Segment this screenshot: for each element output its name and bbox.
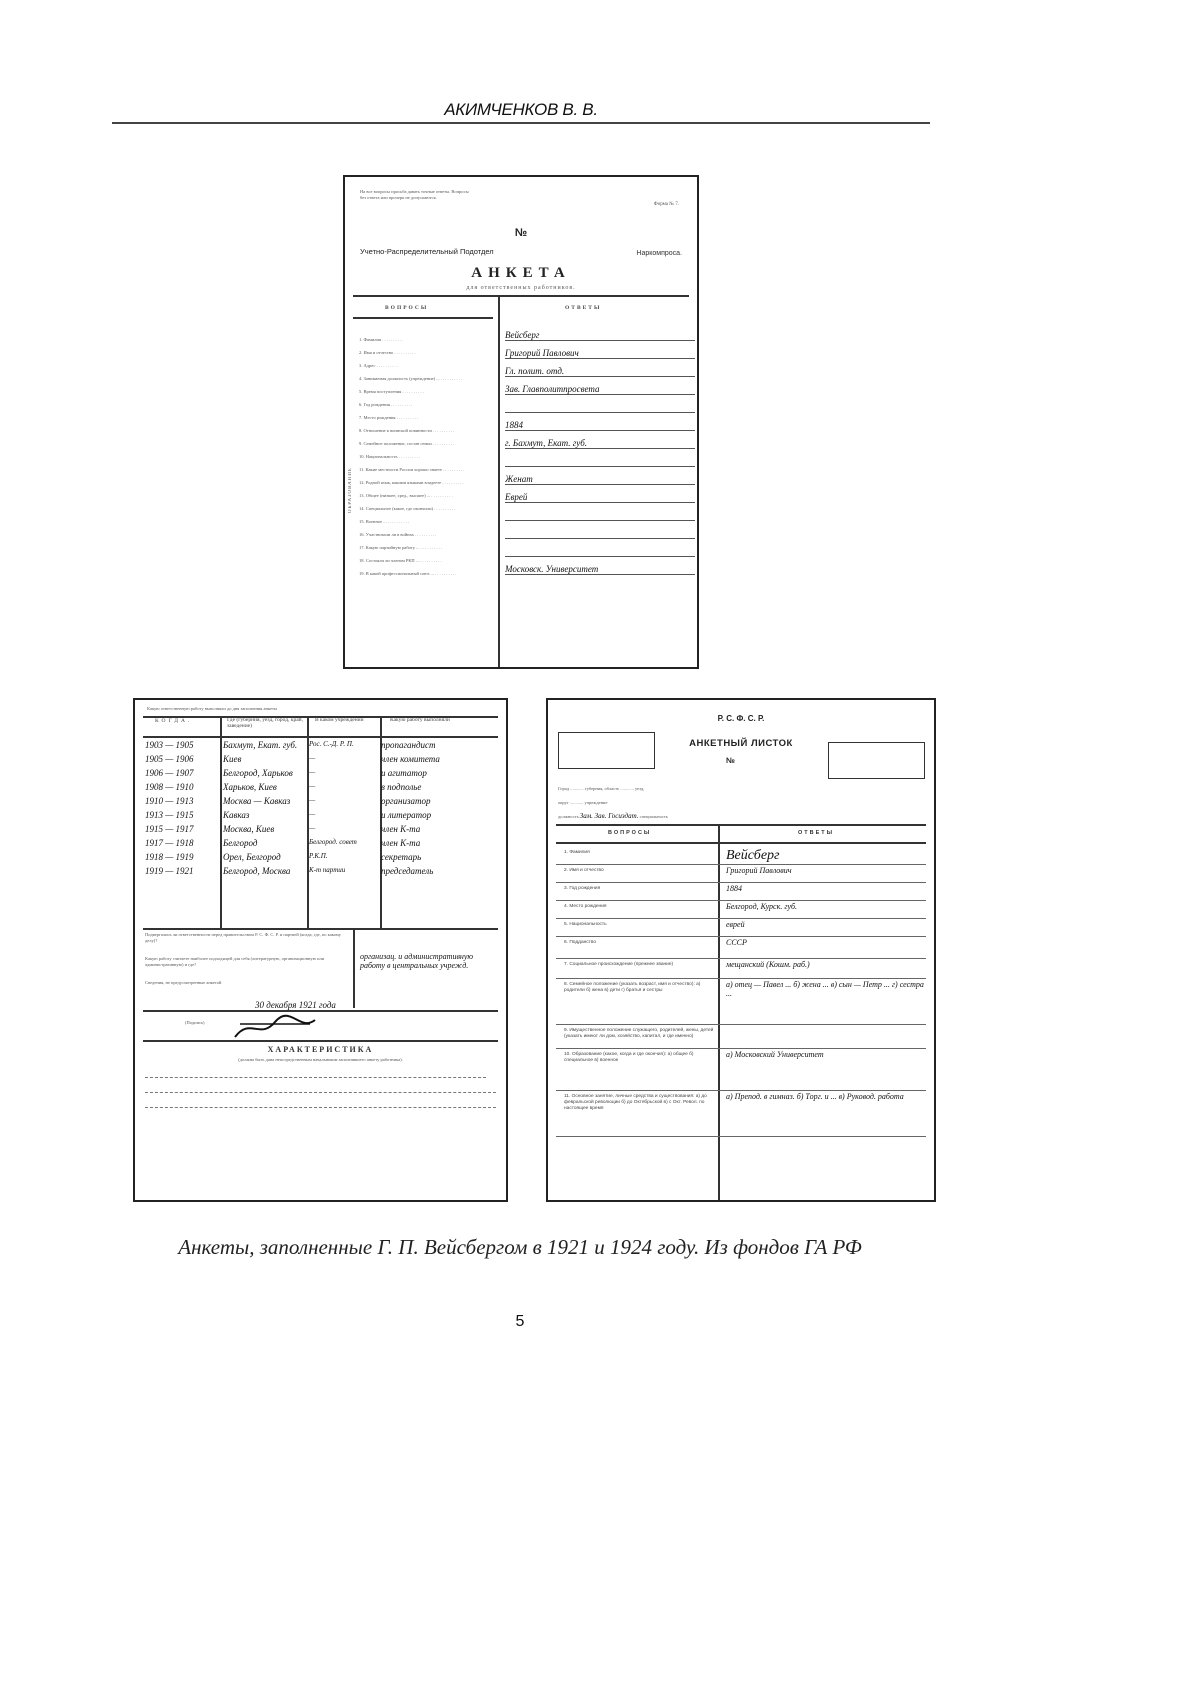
cell-work: и литератор	[381, 810, 501, 824]
cell-when: 1919 — 1921	[145, 866, 223, 880]
cell-where: Белгород, Москва	[223, 866, 309, 880]
handwritten-answer: 1884	[726, 884, 926, 893]
side-label: ОБРАЗОВАНИЕ	[348, 467, 353, 513]
date-line: 30 декабря 1921 года	[255, 1000, 336, 1010]
table-row: 1908 — 1910Харьков, Киев—в подполье	[145, 782, 505, 796]
question-item: 4. Место рождения	[564, 904, 714, 910]
question-item: Какую работу считаете наиболее подходяще…	[145, 956, 350, 968]
answer-item	[505, 505, 695, 521]
table-row: 1918 — 1919Орел, БелгородР.К.П.секретарь	[145, 852, 505, 866]
row-divider	[556, 958, 926, 959]
cell-where: Москва — Кавказ	[223, 796, 309, 810]
answer-item	[505, 451, 695, 467]
table-row: 1919 — 1921Белгород, МоскваК-т партиипре…	[145, 866, 505, 880]
question-item: 19. В какой профессиональный союз ... . …	[359, 571, 499, 577]
ministry: Наркомпроса.	[636, 250, 682, 257]
table-row: 1906 — 1907Белгород, Харьков—и агитатор	[145, 768, 505, 782]
cell-when: 1915 — 1917	[145, 824, 223, 838]
question-item: 1. Фамилия . . . . . . . . . .	[359, 337, 499, 343]
handwritten-answer: а) отец — Павел ... б) жена ... в) сын —…	[726, 980, 926, 998]
col-answers: ОТВЕТЫ	[565, 305, 601, 311]
question-item: 8. Семейное положение (указать возраст, …	[564, 982, 714, 994]
handwritten-answer: г. Бахмут, Екат. губ.	[505, 438, 587, 448]
table-row: 1903 — 1905Бахмут, Екат. губ.Рос. С.-Д. …	[145, 740, 505, 754]
question-item: 11. Какие местности России хорошо знаете…	[359, 467, 499, 473]
form-subtitle: для ответственных работников.	[345, 285, 697, 291]
scan-anketa-1921-reverse: Какую ответственную работу выполняли до …	[133, 698, 508, 1202]
handwritten-answer: Еврей	[505, 492, 527, 502]
question-item: 15. Военное ... . . . . . . . . . .	[359, 519, 499, 525]
cell-where: Белгород	[223, 838, 309, 852]
divider	[143, 1010, 498, 1012]
meta-post-label: должность	[558, 814, 579, 819]
blank-line	[145, 1077, 486, 1079]
cell-when: 1913 — 1915	[145, 810, 223, 824]
signature-label: (Подпись)	[185, 1020, 205, 1026]
meta-okrug: округ ............ учреждение	[558, 800, 607, 805]
handwritten-answer: Гл. полит. отд.	[505, 366, 564, 376]
cell-work: пропагандист	[381, 740, 501, 754]
question-item: 5. Время поступления . . . . . . . . . .	[359, 389, 499, 395]
col-when: КОГДА.	[155, 718, 192, 724]
answer-item	[505, 541, 695, 557]
cell-where: Кавказ	[223, 810, 309, 824]
col-questions: ВОПРОСЫ	[608, 830, 651, 836]
answer-item: Еврей	[505, 487, 695, 503]
work-history-table: 1903 — 1905Бахмут, Екат. губ.Рос. С.-Д. …	[145, 740, 505, 880]
cell-work: секретарь	[381, 852, 501, 866]
cell-when: 1908 — 1910	[145, 782, 223, 796]
cell-institution: —	[309, 824, 381, 838]
divider	[353, 317, 493, 319]
form-title: АНКЕТНЫЙ ЛИСТОК	[548, 738, 934, 749]
row-divider	[556, 936, 926, 937]
handwritten-answer: Московск. Университет	[505, 564, 598, 574]
meta-post: должность Зам. Зав. Госиздат. специально…	[558, 812, 668, 820]
cell-institution: —	[309, 810, 381, 824]
question-item: Сведения, не предусмотренные анкетой	[145, 980, 350, 986]
row-divider	[556, 900, 926, 901]
scan-anketny-listok-1924: Р. С. Ф. С. Р. АНКЕТНЫЙ ЛИСТОК № Город .…	[546, 698, 936, 1202]
cell-institution: —	[309, 782, 381, 796]
figure-caption: Анкеты, заполненные Г. П. Вейсбергом в 1…	[100, 1235, 940, 1260]
state-name: Р. С. Ф. С. Р.	[548, 714, 934, 723]
question-item: 3. Адрес . . . . . . . . . .	[359, 363, 499, 369]
question-item: 2. Имя и отчество	[564, 868, 714, 874]
cell-work: член К-та	[381, 838, 501, 852]
question-item: 17. Какую партийную работу ... . . . . .…	[359, 545, 499, 551]
table-row: 1910 — 1913Москва — Кавказ—организатор	[145, 796, 505, 810]
handwritten-answer: а) Московский Университет	[726, 1050, 926, 1059]
cell-work: председатель	[381, 866, 501, 880]
question-item: Подвергались ли ответственности перед пр…	[145, 932, 350, 944]
table-row: 1913 — 1915Кавказ—и литератор	[145, 810, 505, 824]
question-item: 8. Отношение к воинской повинности . . .…	[359, 428, 499, 434]
cell-when: 1906 — 1907	[145, 768, 223, 782]
form-number: Форма № 7.	[654, 202, 679, 207]
work-header: Какую ответственную работу выполняли до …	[147, 706, 277, 712]
handwritten-answer: Григорий Павлович	[505, 348, 579, 358]
divider	[143, 928, 498, 930]
handwritten-answer: СССР	[726, 938, 926, 947]
cell-institution: Р.К.П.	[309, 852, 381, 866]
blank-line	[145, 1107, 496, 1109]
answer-item: г. Бахмут, Екат. губ.	[505, 433, 695, 449]
question-list: 1. Фамилия . . . . . . . . . .2. Имя и о…	[359, 337, 499, 584]
row-divider	[556, 1090, 926, 1091]
handwritten-answer: Зав. Главполитпросвета	[505, 384, 600, 394]
question-item: 16. Участвовали ли в войнах . . . . . . …	[359, 532, 499, 538]
number-label: №	[726, 756, 735, 765]
handwritten-answer: еврей	[726, 920, 926, 929]
row-divider	[556, 864, 926, 865]
question-item: 7. Место рождения . . . . . . . . . .	[359, 415, 499, 421]
handwritten-answer: Григорий Павлович	[726, 866, 926, 875]
page-number: 5	[0, 1313, 1040, 1331]
cell-institution: —	[309, 796, 381, 810]
cell-where: Белгород, Харьков	[223, 768, 309, 782]
cell-institution: Рос. С.-Д. Р. П.	[309, 740, 381, 754]
question-item: 2. Имя и отчество . . . . . . . . . .	[359, 350, 499, 356]
meta-post-suffix: специальность	[640, 814, 668, 819]
cell-when: 1910 — 1913	[145, 796, 223, 810]
cell-work: член К-та	[381, 824, 501, 838]
handwritten-answer: Вейсберг	[726, 848, 926, 864]
question-item: 6. Подданство	[564, 940, 714, 946]
question-item: 10. Национальность . . . . . . . . . .	[359, 454, 499, 460]
running-head: АКИМЧЕНКОВ В. В.	[112, 100, 930, 120]
divider	[143, 736, 498, 738]
meta-city: Город ............ губерния, область ...…	[558, 786, 644, 791]
question-item: 13. Общее (низшее, сред., высшее) ... . …	[359, 493, 499, 499]
form-note: На все вопросы просьба давать точные отв…	[360, 189, 470, 200]
answer-work-preference: организац. и административную работу в ц…	[360, 952, 500, 970]
handwritten-answer: Вейсберг	[505, 330, 539, 340]
question-item: 1. Фамилия	[564, 850, 714, 856]
answer-list: ВейсбергГригорий ПавловичГл. полит. отд.…	[505, 325, 695, 577]
question-item: 14. Специальное (какое, где окончили) . …	[359, 506, 499, 512]
handwritten-answer: а) Препод. в гимназ. б) Торг. и ... в) Р…	[726, 1092, 926, 1101]
row-divider	[556, 1048, 926, 1049]
cell-institution: К-т партии	[309, 866, 381, 880]
divider	[556, 824, 926, 826]
question-item: 4. Занимаемая должность (учреждение) ...…	[359, 376, 499, 382]
cell-work: организатор	[381, 796, 501, 810]
answer-item: Женат	[505, 469, 695, 485]
table-row: 1915 — 1917Москва, Киев—член К-та	[145, 824, 505, 838]
answer-item: Вейсберг	[505, 325, 695, 341]
cell-work: и агитатор	[381, 768, 501, 782]
characteristic-title: ХАРАКТЕРИСТИКА	[135, 1045, 506, 1054]
answer-item: Гл. полит. отд.	[505, 361, 695, 377]
col-where: Где (губерния, уезд, город, край, заведе…	[227, 718, 307, 729]
cell-when: 1903 — 1905	[145, 740, 223, 754]
meta-post-value: Зам. Зав. Госиздат.	[580, 812, 639, 820]
answer-item: Московск. Университет	[505, 559, 695, 575]
characteristic-subtitle: (должна быть дана непосредственным начал…	[135, 1057, 506, 1062]
answer-item	[505, 397, 695, 413]
handwritten-answer: Белгород, Курск. губ.	[726, 902, 926, 911]
cell-institution: Белгород. совет	[309, 838, 381, 852]
cell-institution: —	[309, 754, 381, 768]
cell-when: 1918 — 1919	[145, 852, 223, 866]
cell-where: Бахмут, Екат. губ.	[223, 740, 309, 754]
col-institution: В каком учреждении	[315, 718, 385, 724]
scan-anketa-1921-front: На все вопросы просьба давать точные отв…	[343, 175, 699, 669]
reverse-questions: Подвергались ли ответственности перед пр…	[145, 932, 350, 998]
col-work: Какую работу выполняли	[390, 718, 480, 724]
row-divider	[556, 1024, 926, 1025]
answer-item: 1884	[505, 415, 695, 431]
cell-work: член комитета	[381, 754, 501, 768]
handwritten-answer: мещанский (Кошм. раб.)	[726, 960, 926, 969]
col-answers: ОТВЕТЫ	[798, 830, 834, 836]
question-item: 7. Социальное происхождение (прежнее зва…	[564, 962, 714, 968]
handwritten-answer: Женат	[505, 474, 533, 484]
department: Учетно-Распределительный Подотдел	[360, 247, 494, 256]
handwritten-answer: 1884	[505, 420, 523, 430]
row-divider	[556, 882, 926, 883]
question-item: 3. Год рождения	[564, 886, 714, 892]
question-item: 5. Национальность	[564, 922, 714, 928]
divider	[353, 295, 689, 297]
row-divider	[556, 1136, 926, 1137]
cell-institution: —	[309, 768, 381, 782]
col-questions: ВОПРОСЫ	[385, 305, 428, 311]
blank-line	[145, 1092, 496, 1094]
table-row: 1917 — 1918БелгородБелгород. советчлен К…	[145, 838, 505, 852]
question-item: 9. Имущественное положение служащего, ро…	[564, 1028, 714, 1040]
row-divider	[556, 978, 926, 979]
column-divider	[353, 928, 355, 1008]
cell-when: 1905 — 1906	[145, 754, 223, 768]
column-divider	[718, 824, 720, 1200]
cell-where: Орел, Белгород	[223, 852, 309, 866]
answer-item: Григорий Павлович	[505, 343, 695, 359]
answer-item	[505, 523, 695, 539]
cell-where: Москва, Киев	[223, 824, 309, 838]
divider	[556, 842, 926, 844]
question-item: 11. Основное занятие, личные средства и …	[564, 1094, 714, 1112]
cell-where: Киев	[223, 754, 309, 768]
signature-icon	[230, 1012, 320, 1042]
answer-item: Зав. Главполитпросвета	[505, 379, 695, 395]
question-item: 9. Семейное положение, состав семьи . . …	[359, 441, 499, 447]
cell-where: Харьков, Киев	[223, 782, 309, 796]
header-rule	[112, 122, 930, 124]
table-row: 1905 — 1906Киев—член комитета	[145, 754, 505, 768]
cell-when: 1917 — 1918	[145, 838, 223, 852]
form-title: АНКЕТА	[345, 265, 697, 282]
question-item: 18. Состояли ли членом РКП ... . . . . .…	[359, 558, 499, 564]
question-item: 12. Родной язык, какими языками владеете…	[359, 480, 499, 486]
question-item: 6. Год рождения . . . . . . . . . .	[359, 402, 499, 408]
number-label: №	[345, 227, 697, 239]
question-item: 10. Образование (какое, когда и где окон…	[564, 1052, 714, 1064]
divider	[143, 1040, 498, 1042]
row-divider	[556, 918, 926, 919]
cell-work: в подполье	[381, 782, 501, 796]
